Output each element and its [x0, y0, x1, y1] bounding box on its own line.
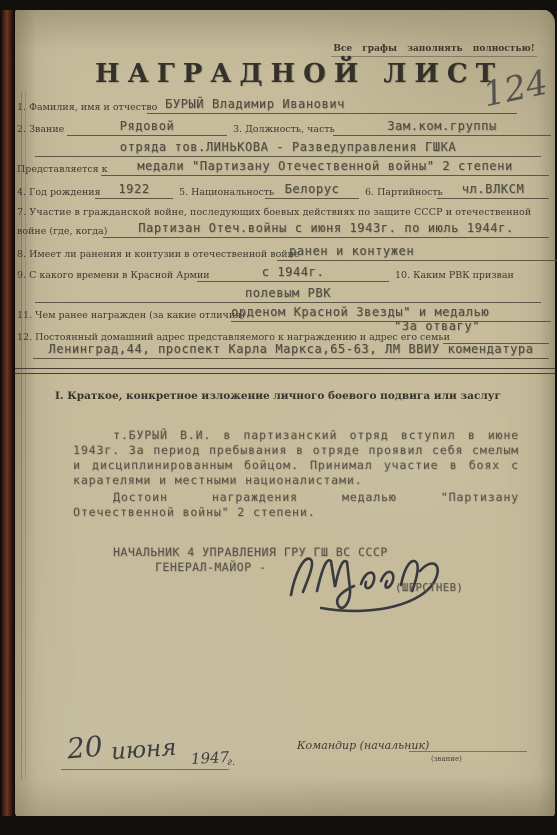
position-value: Зам.ком.группы: [333, 119, 551, 136]
name-label: 1. Фамилия, имя и отчество: [17, 102, 157, 113]
date-day-handwritten: 20: [66, 730, 104, 766]
war-participation-value: Партизан Отеч.войны с июня 1943г. по июл…: [103, 221, 549, 238]
address-value: Ленинград,44, проспект Карла Маркса,65-6…: [33, 342, 549, 359]
date-year-suffix-handwritten: г.: [227, 757, 235, 768]
document-page: Все графы заполнять полностью! НАГРАДНОЙ…: [15, 9, 555, 817]
army-since-label: 9. С какого времени в Красной Армии: [17, 270, 210, 281]
merit-paragraph-1: т.БУРЫЙ В.И. в партизанский отряд вступи…: [73, 428, 519, 488]
party-label: 6. Партийность: [365, 187, 443, 198]
nominated-label: Представляется к: [17, 164, 108, 175]
rvk-value: полевым РВК: [35, 286, 541, 303]
merit-paragraph-2: Достоин награждения медалью "Партизану О…: [73, 490, 519, 520]
birth-year-label: 4. Год рождения: [17, 187, 101, 198]
date-year-handwritten: 1947: [191, 748, 230, 768]
nationality-value: Белорус: [265, 182, 359, 199]
party-value: чл.ВЛКСМ: [437, 182, 549, 199]
prior-awards-value-line2: "За отвагу": [367, 319, 507, 333]
scan-edge-bottom: [0, 816, 557, 835]
prior-awards-label: 11. Чем ранее награжден (за какие отличи…: [17, 310, 245, 321]
wounds-label: 8. Имеет ли ранения и контузии в отечест…: [17, 249, 300, 260]
wounds-value: ранен и контужен: [277, 244, 557, 261]
signatory-surname: (ШЕРСТНЕВ): [395, 581, 463, 596]
date-month-handwritten: июня: [110, 735, 177, 766]
scanned-award-sheet: Все графы заполнять полностью! НАГРАДНОЙ…: [0, 0, 557, 835]
rank-hint: (звание): [431, 755, 462, 763]
war-participation-label2: войне (где, когда): [17, 226, 107, 237]
page-title: НАГРАДНОЙ ЛИСТ: [95, 59, 455, 89]
army-since-value: с 1944г.: [197, 265, 389, 282]
rank-label: 2. Звание: [17, 124, 64, 135]
rank-value: Рядовой: [67, 119, 227, 136]
nominated-value: медали "Партизану Отечественной войны" 2…: [101, 159, 549, 176]
commander-ruling: [409, 751, 527, 752]
name-value: БУРЫЙ Владимир Иванович: [147, 97, 517, 114]
rvk-label: 10. Каким РВК призван: [395, 270, 514, 281]
scan-edge-top: [0, 0, 557, 10]
position-value-line2: отряда тов.ЛИНЬКОВА - Разведуправления Г…: [35, 140, 541, 157]
book-spine: [0, 0, 16, 835]
approval-line-2: ГЕНЕРАЛ-МАЙОР -: [155, 560, 266, 575]
war-participation-label: 7. Участие в гражданской войне, последую…: [17, 207, 531, 218]
position-label: 3. Должность, часть: [233, 124, 335, 135]
date-ruling: [61, 769, 229, 770]
nationality-label: 5. Национальность: [179, 187, 274, 198]
fill-all-fields-note: Все графы заполнять полностью!: [331, 44, 537, 57]
signature-scrawl: [277, 529, 469, 624]
merit-section-heading: I. Краткое, конкретное изложение личного…: [55, 390, 501, 402]
birth-year-value: 1922: [95, 182, 173, 199]
section-divider: [15, 368, 555, 374]
